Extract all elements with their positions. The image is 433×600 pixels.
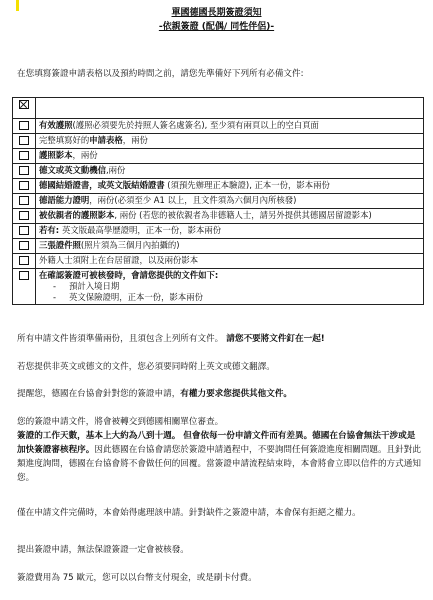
item-bold: 三張證件照 <box>39 240 81 250</box>
document-header: 單國德國長期簽證須知 -依親簽證 (配偶/ 同性伴侶)- <box>0 6 433 34</box>
item-text: 外籍人士須附上在台居留證，以及兩份影本 <box>39 255 198 265</box>
item-bold: 若有: <box>39 225 62 235</box>
checklist-header-cell <box>36 98 424 119</box>
sub-item: 預計入境日期 <box>39 281 420 292</box>
checkbox-icon[interactable] <box>19 211 29 220</box>
checkbox-icon[interactable] <box>19 271 29 280</box>
paragraph-complete-docs: 僅在申請文件完備時，本會始得處理該申請。針對缺件之簽證申請，本會保有拒絕之權力。 <box>17 506 422 520</box>
item-text: (照片須為三個月內拍攝的) <box>81 240 180 250</box>
checklist-row: 德文或英文動機信,兩份 <box>13 164 424 179</box>
checkbox-icon[interactable] <box>19 151 29 160</box>
checklist-row: 德國結婚證書，或英文版結婚證書 (須預先辦理正本驗證), 正本一份，影本兩份 <box>13 179 424 194</box>
checked-box-icon[interactable] <box>19 100 29 109</box>
checklist-row: 外籍人士須附上在台居留證，以及兩份影本 <box>13 254 424 269</box>
checklist-row: 護照影本，兩份 <box>13 149 424 164</box>
checklist-header-row <box>13 98 424 119</box>
checklist-row: 若有: 英文版最高學歷證明，正本一份，影本兩份 <box>13 224 424 239</box>
paragraph-copies: 所有申請文件皆須準備兩份，且須包含上列所有文件。 請您不要將文件釘在一起! <box>17 332 422 346</box>
item-text: ，兩份 <box>123 135 148 145</box>
intro-text: 在您填寫簽證申請表格以及預約時間之前，請您先準備好下列所有必備文件: <box>17 69 304 79</box>
item-bold: 德國結婚證書，或英文版結婚證書 <box>39 180 165 190</box>
checklist-row: 德語能力證明，兩份(必須至少 A1 以上，且文件須為六個月內所核發) <box>13 194 424 209</box>
checkbox-icon[interactable] <box>19 226 29 235</box>
text: 提醒您，德國在台協會針對您的簽證申請， <box>17 389 180 399</box>
checklist-row: 三張證件照(照片須為三個月內拍攝的) <box>13 239 424 254</box>
item-bold: 護照影本 <box>39 150 73 160</box>
item-bold: 德語能力證明 <box>39 195 89 205</box>
item-text: (須預先辦理正本驗證), 正本一份，影本兩份 <box>165 180 330 190</box>
document-subtitle: -依親簽證 (配偶/ 同性伴侶)- <box>0 20 433 34</box>
item-pre: 完整填寫好的 <box>39 135 89 145</box>
item-bold: 在確認簽證可被核發時，會請您提供的文件如下: <box>39 270 218 280</box>
text: 所有申請文件皆須準備兩份，且須包含上列所有文件。 <box>17 334 223 344</box>
paragraph-translation: 若您提供非英文或德文的文件，您必須要同時附上英文或德文翻譯。 <box>17 360 422 374</box>
item-bold: 有效護照 <box>39 120 73 130</box>
checkbox-icon[interactable] <box>19 241 29 250</box>
checkbox-icon[interactable] <box>19 136 29 145</box>
checklist-row: 被依親者的護照影本, 兩份 (若您的被依親者為非德籍人士，請另外提供其德國居留證… <box>13 209 424 224</box>
paragraph-fee: 簽證費用為 75 歐元，您可以以台幣支付現金，或是刷卡付費。 <box>17 571 422 585</box>
paragraph-no-guarantee: 提出簽證申請，無法保證簽證一定會被核發。 <box>17 543 422 557</box>
checklist-row: 完整填寫好的申請表格，兩份 <box>13 134 424 149</box>
item-text: , 兩份 (若您的被依親者為非德籍人士，請另外提供其德國居留證影本) <box>114 210 371 220</box>
paragraph-processing: 您的簽證申請文件，將會被轉交到德國相關單位審查。簽證的工作天數，基本上大約為八到… <box>17 415 422 485</box>
paragraph-reminder: 提醒您，德國在台協會針對您的簽證申請，有權力要求您提供其他文件。 <box>17 387 422 401</box>
item-bold: 德文或英文動機信 <box>39 165 106 175</box>
item-bold: 申請表格 <box>89 135 123 145</box>
checklist-row: 在確認簽證可被核發時，會請您提供的文件如下: 預計入境日期 英文保險證明，正本一… <box>13 269 424 305</box>
bold-text: 請您不要將文件釘在一起! <box>223 334 324 344</box>
item-bold: 被依親者的護照影本 <box>39 210 114 220</box>
checklist-row: 有效護照(護照必須要先於持照人簽名處簽名), 至少須有兩頁以上的空白頁面 <box>13 119 424 134</box>
sub-item: 英文保險證明，正本一份，影本兩份 <box>39 292 420 303</box>
item-text: ,兩份 <box>106 165 125 175</box>
checkbox-icon[interactable] <box>19 181 29 190</box>
text: 您的簽證申請文件，將會被轉交到德國相關單位審查。 <box>17 415 422 429</box>
document-title: 單國德國長期簽證須知 <box>0 6 433 20</box>
item-text: ，兩份 <box>73 150 98 160</box>
item-text: ，兩份(必須至少 A1 以上，且文件須為六個月內所核發) <box>89 195 296 205</box>
checkbox-icon[interactable] <box>19 256 29 265</box>
item-text: (護照必須要先於持照人簽名處簽名), 至少須有兩頁以上的空白頁面 <box>73 120 319 130</box>
checkbox-icon[interactable] <box>19 121 29 130</box>
item-text: 英文版最高學歷證明，正本一份，影本兩份 <box>62 225 221 235</box>
checkbox-icon[interactable] <box>19 166 29 175</box>
checkbox-icon[interactable] <box>19 196 29 205</box>
document-checklist: 有效護照(護照必須要先於持照人簽名處簽名), 至少須有兩頁以上的空白頁面 完整填… <box>12 97 424 305</box>
bold-text: 有權力要求您提供其他文件。 <box>180 389 292 399</box>
